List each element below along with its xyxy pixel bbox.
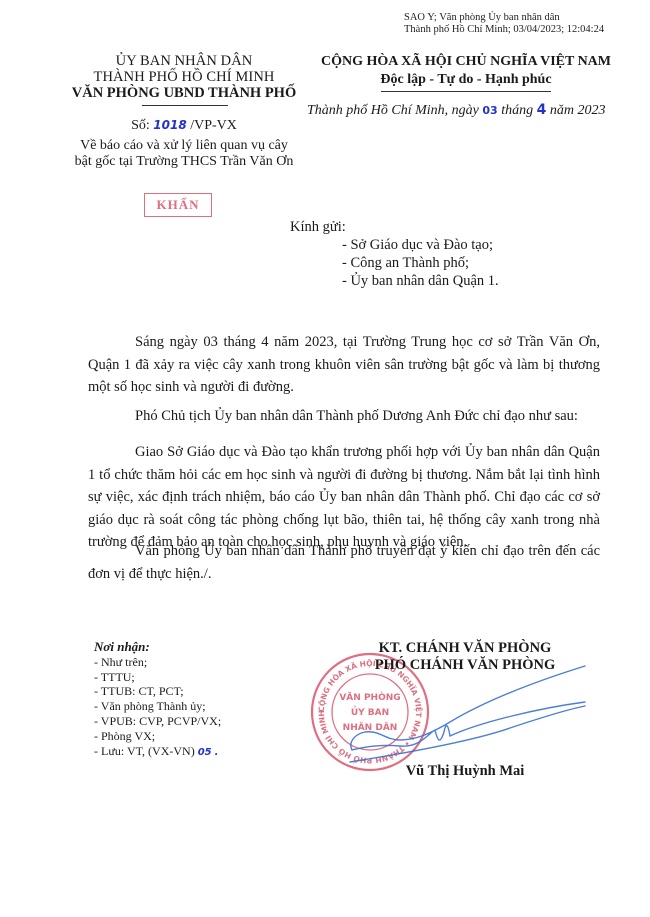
distribution-item: - Như trên; xyxy=(94,655,221,670)
subject-line2: bật gốc tại Trường THCS Trần Văn Ơn xyxy=(60,154,308,170)
issuer-line1: ỦY BAN NHÂN DÂN xyxy=(60,53,308,69)
handwritten-doc-number: 1018 xyxy=(153,118,186,132)
recipient-list: - Sở Giáo dục và Đào tạo; - Công an Thàn… xyxy=(342,236,499,290)
recipient-item: - Sở Giáo dục và Đào tạo; xyxy=(342,236,499,254)
distribution-item: - TTUB: CT, PCT; xyxy=(94,684,221,699)
year-label: năm 2023 xyxy=(550,103,606,118)
national-header: CỘNG HÒA XÃ HỘI CHỦ NGHĨA VIỆT NAM Độc l… xyxy=(306,53,626,89)
issuer-office: VĂN PHÒNG UBND THÀNH PHỐ xyxy=(60,85,308,101)
signer-name: Vũ Thị Huỳnh Mai xyxy=(330,763,600,780)
handwritten-signature-icon xyxy=(340,662,590,772)
copy-stamp-line2: Thành phố Hồ Chí Minh; 03/04/2023; 12:04… xyxy=(404,24,604,36)
handwritten-month: 4 xyxy=(537,102,547,118)
distribution-item: - VPUB: CVP, PCVP/VX; xyxy=(94,714,221,729)
body-paragraph-3: Giao Sở Giáo dục và Đào tạo khẩn trương … xyxy=(88,441,600,554)
doc-number-label: Số: xyxy=(131,118,150,133)
issuing-authority: ỦY BAN NHÂN DÂN THÀNH PHỐ HỒ CHÍ MINH VĂ… xyxy=(60,53,308,101)
national-motto: Độc lập - Tự do - Hạnh phúc xyxy=(306,71,626,89)
urgent-stamp: KHẨN xyxy=(144,193,212,217)
month-label: tháng xyxy=(501,103,533,118)
doc-number-suffix: /VP-VX xyxy=(190,118,237,133)
distribution-item: - Phòng VX; xyxy=(94,729,221,744)
body-paragraph-2: Phó Chủ tịch Ủy ban nhân dân Thành phố D… xyxy=(88,405,600,428)
distribution-item: - TTTU; xyxy=(94,670,221,685)
motto-underline xyxy=(381,91,551,92)
digital-copy-stamp: SAO Y; Văn phòng Ủy ban nhân dân Thành p… xyxy=(404,12,604,36)
document-number: Số: 1018 /VP-VX xyxy=(60,118,308,134)
body-paragraph-4: Văn phòng Ủy ban nhân dân Thành phố truy… xyxy=(88,540,600,585)
distribution-item: - Văn phòng Thành ủy; xyxy=(94,699,221,714)
signature-title-line1: KT. CHÁNH VĂN PHÒNG xyxy=(330,640,600,657)
copy-stamp-line1: SAO Y; Văn phòng Ủy ban nhân dân xyxy=(404,12,604,24)
document-subject: Về báo cáo và xử lý liên quan vụ cây bật… xyxy=(60,138,308,170)
distribution-title: Nơi nhận: xyxy=(94,640,221,655)
place-date-prefix: Thành phố Hồ Chí Minh, ngày xyxy=(307,103,479,118)
issuer-underline xyxy=(142,105,228,106)
recipient-item: - Ủy ban nhân dân Quận 1. xyxy=(342,272,499,290)
body-paragraph-1: Sáng ngày 03 tháng 4 năm 2023, tại Trườn… xyxy=(88,331,600,399)
handwritten-copies: 05 xyxy=(198,747,212,758)
national-title: CỘNG HÒA XÃ HỘI CHỦ NGHĨA VIỆT NAM xyxy=(306,53,626,71)
issuer-line2: THÀNH PHỐ HỒ CHÍ MINH xyxy=(60,69,308,85)
distribution-list: Nơi nhận: - Như trên; - TTTU; - TTUB: CT… xyxy=(94,640,221,760)
recipient-item: - Công an Thành phố; xyxy=(342,254,499,272)
handwritten-day: 03 xyxy=(482,104,497,117)
distribution-item: - Lưu: VT, (VX-VN) 05 . xyxy=(94,744,221,761)
place-date: Thành phố Hồ Chí Minh, ngày 03 tháng 4 n… xyxy=(307,102,605,119)
subject-line1: Về báo cáo và xử lý liên quan vụ cây xyxy=(60,138,308,154)
salutation: Kính gửi: xyxy=(290,219,346,236)
